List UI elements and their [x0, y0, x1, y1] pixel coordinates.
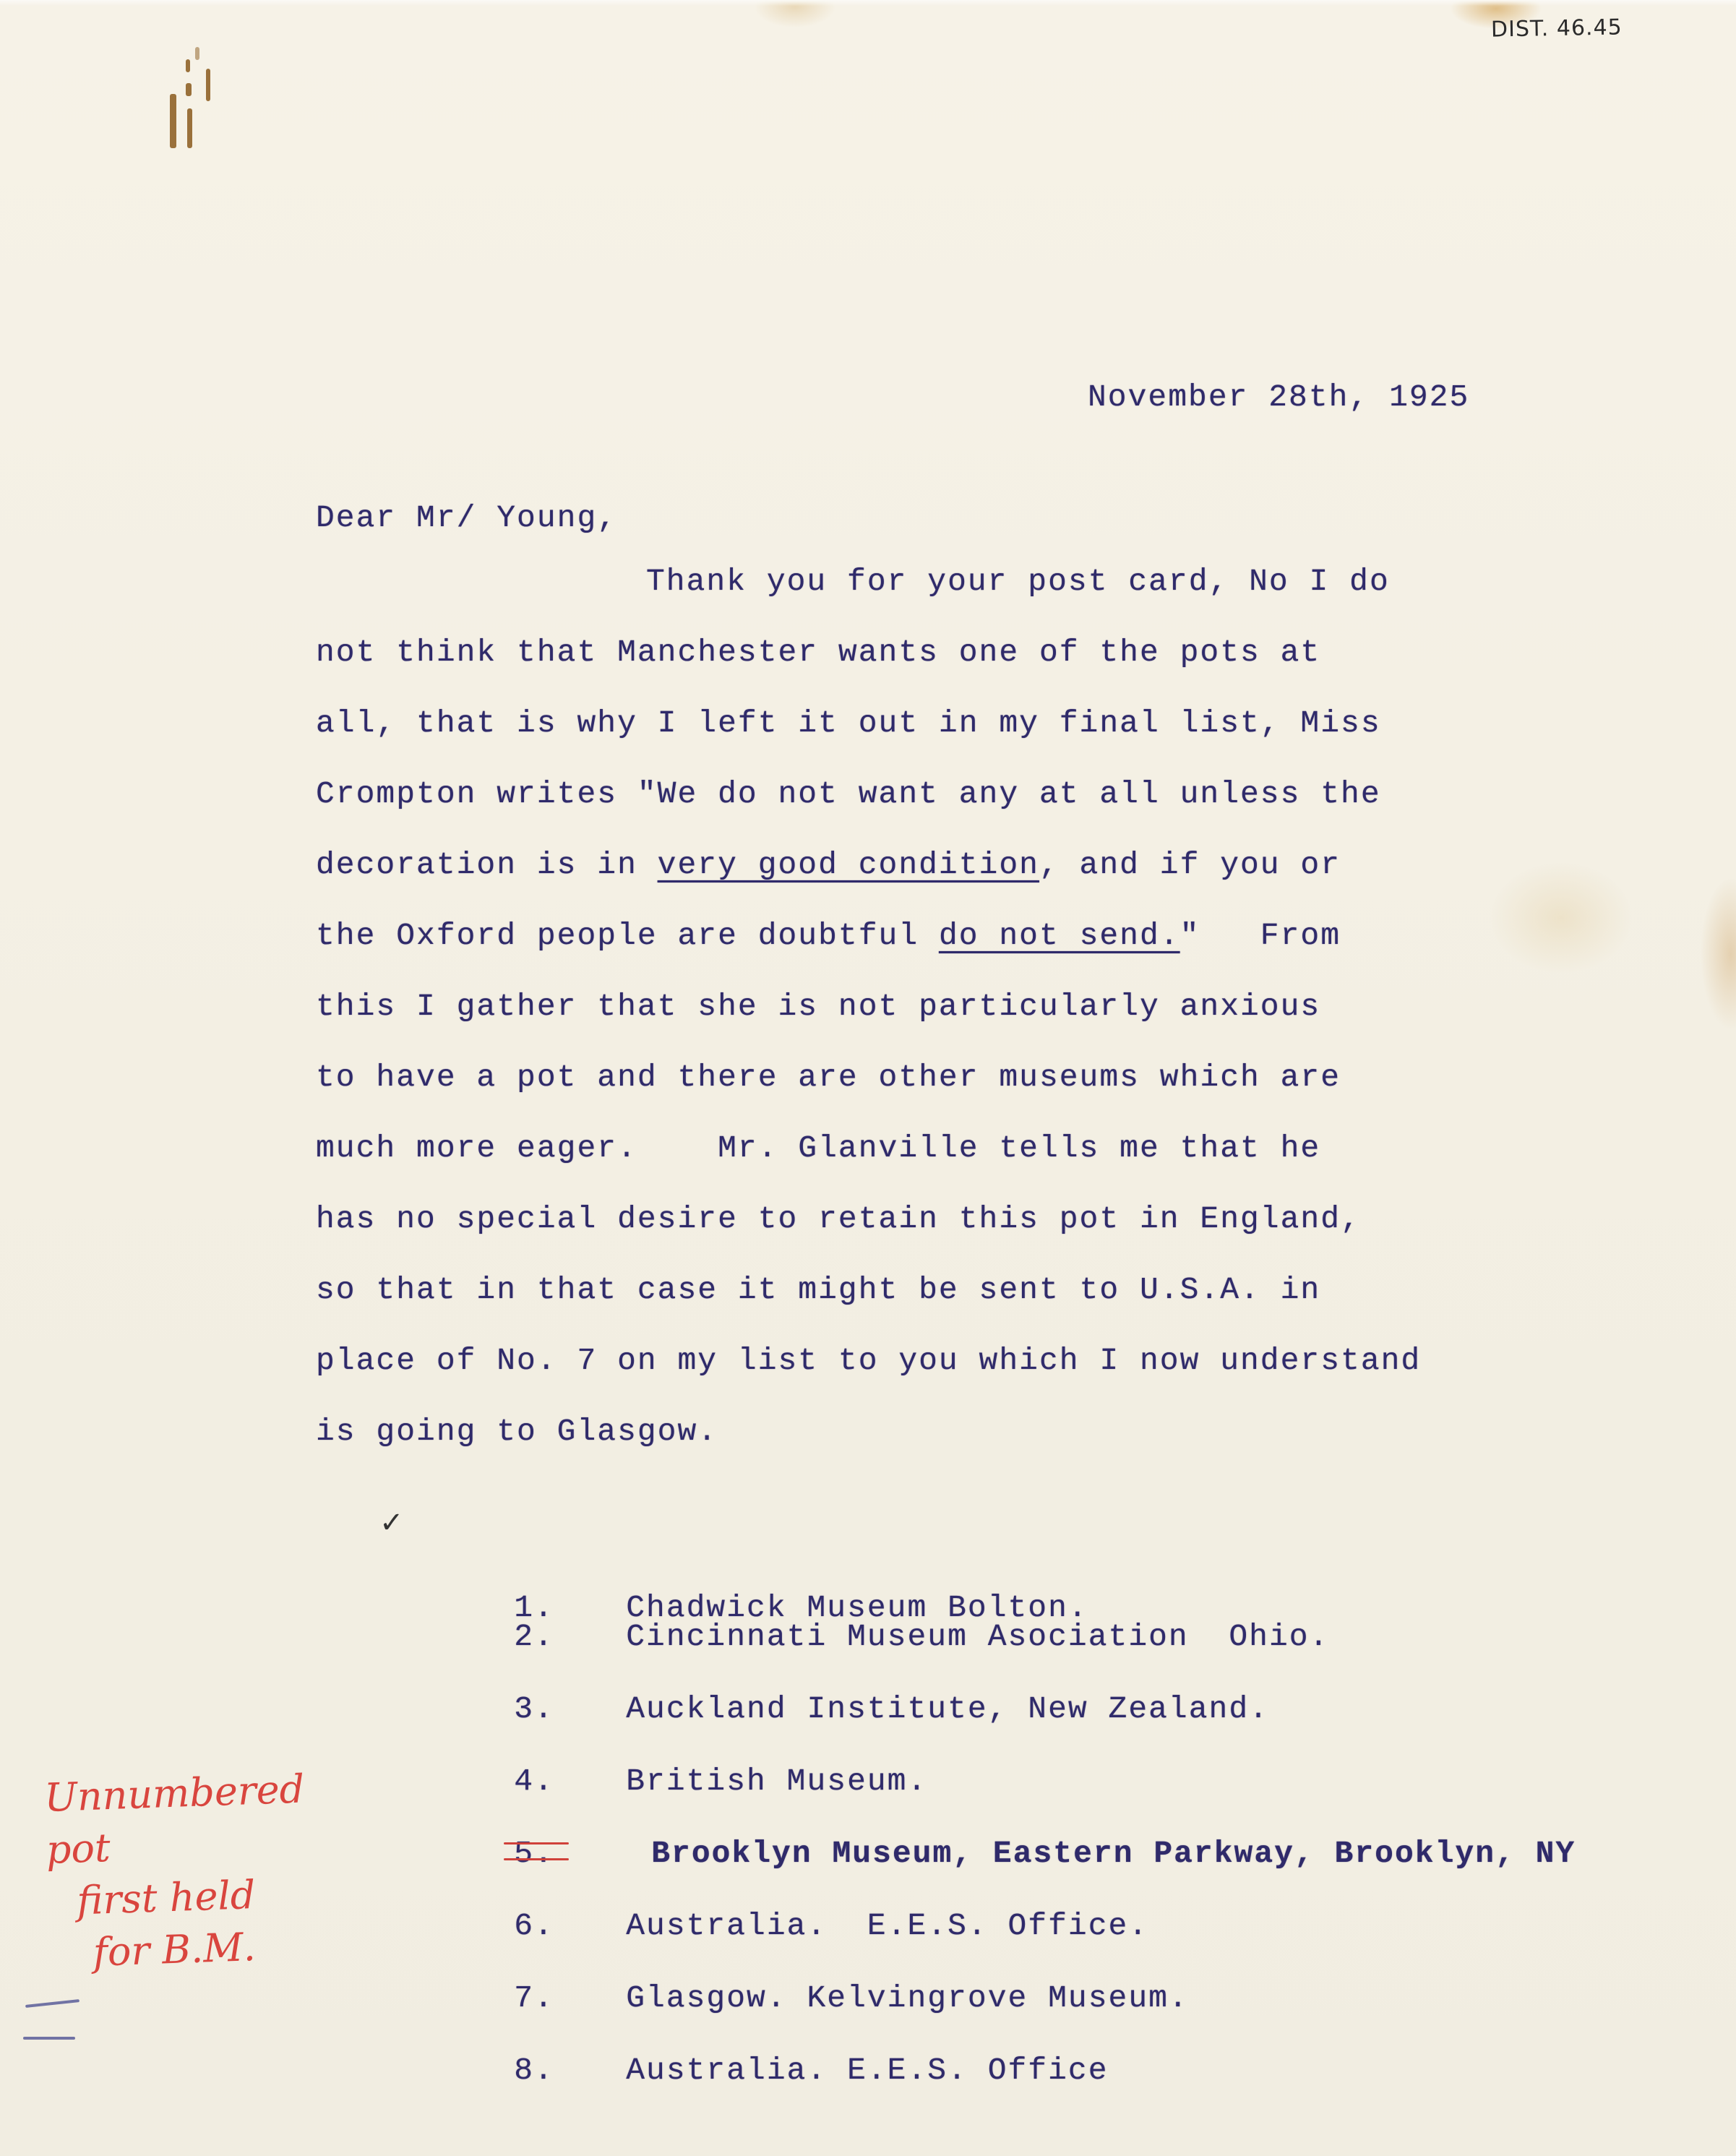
- letter-date: November 28th, 1925: [1088, 379, 1469, 415]
- list-item: 6.Australia. E.E.S. Office.: [434, 1861, 1576, 1933]
- list-number: 8.: [514, 2049, 626, 2092]
- body-line-text: this I gather that she is not particular…: [316, 989, 1320, 1024]
- body-line: has no special desire to retain this pot…: [316, 1198, 1421, 1268]
- underlined-phrase: do not send.: [939, 918, 1180, 953]
- body-line-text: has no special desire to retain this pot…: [316, 1201, 1361, 1237]
- ink-mark: [23, 2037, 75, 2040]
- body-line: so that in that case it might be sent to…: [316, 1268, 1421, 1339]
- paper-top-edge: [0, 0, 1736, 6]
- body-line: is going to Glasgow.: [316, 1410, 1421, 1481]
- body-line-text: Crompton writes "We do not want any at a…: [316, 776, 1381, 812]
- body-line: the Oxford people are doubtful do not se…: [316, 914, 1421, 985]
- body-line: Thank you for your post card, No I do: [316, 560, 1421, 631]
- body-line-text: " From: [1180, 918, 1341, 953]
- museum-list: ✓ 1.Chadwick Museum Bolton. 2.Cincinnati…: [434, 1500, 1576, 2078]
- list-item: ✓ 1.Chadwick Museum Bolton.: [434, 1500, 1576, 1572]
- body-line-text: so that in that case it might be sent to…: [316, 1272, 1320, 1307]
- body-line: all, that is why I left it out in my fin…: [316, 702, 1421, 773]
- body-line: place of No. 7 on my list to you which I…: [316, 1339, 1421, 1410]
- underlined-phrase: very good condition: [658, 847, 1039, 882]
- list-item: 5.Brooklyn Museum, Eastern Parkway, Broo…: [434, 1789, 1576, 1861]
- body-line-text: place of No. 7 on my list to you which I…: [316, 1343, 1421, 1378]
- body-line-text: the Oxford people are doubtful: [316, 918, 939, 953]
- note-line: for B.M.: [93, 1918, 340, 1979]
- body-line-text: is going to Glasgow.: [316, 1414, 718, 1449]
- body-line: not think that Manchester wants one of t…: [316, 631, 1421, 702]
- handwritten-margin-note: Unnumbered pot first held for B.M.: [43, 1762, 340, 1980]
- list-item-text: Australia. E.E.S. Office: [626, 2053, 1108, 2088]
- rust-stain-marks: [155, 43, 206, 152]
- body-line-text: not think that Manchester wants one of t…: [316, 635, 1320, 670]
- salutation: Dear Mr/ Young,: [316, 500, 617, 536]
- body-line: this I gather that she is not particular…: [316, 985, 1421, 1056]
- body-line: decoration is in very good condition, an…: [316, 843, 1421, 914]
- body-line: Crompton writes "We do not want any at a…: [316, 773, 1421, 843]
- list-item: 7.Glasgow. Kelvingrove Museum.: [434, 1933, 1576, 2006]
- body-line-text: much more eager. Mr. Glanville tells me …: [316, 1130, 1320, 1166]
- body-line-text: to have a pot and there are other museum…: [316, 1060, 1341, 1095]
- letter-body: Thank you for your post card, No I do no…: [316, 560, 1421, 1481]
- body-line-text: all, that is why I left it out in my fin…: [316, 705, 1381, 741]
- note-line: first held: [76, 1866, 338, 1928]
- body-line-text: Thank you for your post card, No I do: [646, 564, 1390, 599]
- list-item: 4.British Museum.: [434, 1717, 1576, 1789]
- list-item: 8.Australia. E.E.S. Office: [434, 2006, 1576, 2078]
- list-item: 3.Auckland Institute, New Zealand.: [434, 1644, 1576, 1717]
- body-line-text: , and if you or: [1039, 847, 1341, 882]
- checkmark-icon: ✓: [379, 1501, 404, 1545]
- body-line: to have a pot and there are other museum…: [316, 1056, 1421, 1127]
- list-item: 2.Cincinnati Museum Asociation Ohio.: [434, 1572, 1576, 1644]
- body-line-text: decoration is in: [316, 847, 658, 882]
- body-line: much more eager. Mr. Glanville tells me …: [316, 1127, 1421, 1198]
- note-line: Unnumbered pot: [43, 1762, 336, 1876]
- accession-number: DIST. 46.45: [1491, 14, 1623, 42]
